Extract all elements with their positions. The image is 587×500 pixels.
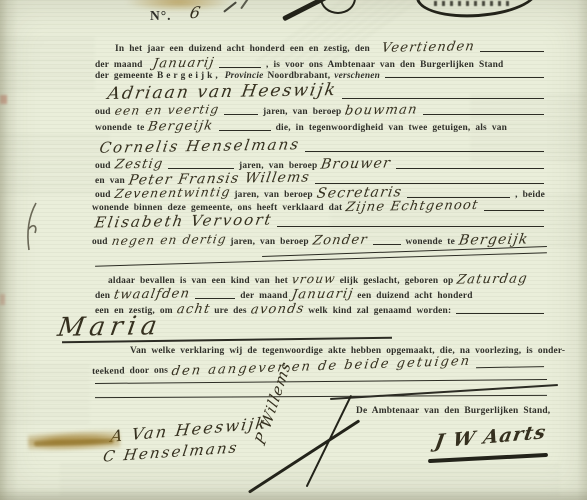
printed-text: teekend door ons — [92, 366, 168, 377]
witness1-age-line: oud Zestig jaren, van beroep Brouwer — [95, 156, 545, 172]
sepia-stain — [126, 0, 231, 11]
hw-witness1-name: Cornelis Henselmans — [98, 135, 301, 156]
closing-line-2: teekend door ons den aangever en de beid… — [92, 355, 545, 378]
printed-text: der maand — [95, 60, 143, 70]
printed-text: aldaar bevallen is van een kind van het — [108, 276, 288, 286]
bleedthrough-texture — [0, 38, 95, 93]
fill-line — [224, 114, 258, 115]
fill-line — [277, 226, 544, 227]
fill-line — [423, 114, 544, 115]
intro-line-year: In het jaar een duizend acht honderd een… — [115, 40, 545, 55]
printed-text: welk kind zal genaamd worden: — [308, 306, 451, 316]
official-title: De Ambtenaar van den Burgerlijken Stand, — [356, 406, 550, 416]
fill-line — [456, 313, 544, 314]
printed-text: der gemeente — [95, 71, 153, 81]
fill-line — [396, 168, 544, 169]
hw-weekday: Zaturdag — [456, 271, 529, 287]
mother-name-line: Elisabeth Vervoort — [95, 212, 545, 230]
fill-line — [484, 210, 544, 211]
printed-text: , is voor ons Ambtenaar van den Burgerli… — [266, 60, 503, 70]
printed-text: elijk geslacht, geboren op — [340, 276, 454, 286]
hw-declarant-name: Adriaan van Heeswijk — [106, 80, 339, 104]
edge-mark — [0, 95, 7, 104]
fill-line — [305, 151, 544, 152]
declarant-age-line: oud een en veertig jaren, van beroep bou… — [95, 103, 545, 118]
printed-text: In het jaar een duizend acht honderd een… — [115, 44, 370, 54]
edge-mark — [0, 294, 5, 305]
printed-text: een duizend acht honderd — [357, 291, 472, 301]
hw-declaration-day: Veertienden — [381, 39, 476, 56]
hw-declarant-residence: Bergeijk — [147, 118, 215, 134]
hw-mother-name: Elisabeth Vervoort — [93, 210, 274, 231]
printed-text: jaren, van beroep — [230, 237, 308, 247]
blank-rule — [95, 395, 547, 398]
hw-birth-daypart: avonds — [249, 302, 305, 318]
round-stamp-fragment — [320, 0, 356, 14]
hw-birth-month: Januarij — [290, 286, 354, 302]
fill-line — [373, 244, 401, 245]
pen-flourish — [223, 1, 237, 12]
signature-underline — [428, 453, 548, 463]
birth-certificate-scan: N°. 6 In het jaar een duizend acht honde… — [0, 0, 587, 500]
hw-mother-profession: Zonder — [312, 233, 369, 249]
declarant-residence-line: wonende te Bergeijk die, in tegenwoordig… — [95, 119, 545, 134]
pen-flourish — [240, 0, 250, 9]
printed-text: Van welke verklaring wij de tegenwoordig… — [130, 346, 565, 356]
fill-line — [168, 168, 234, 169]
margin-pen-mark — [20, 200, 46, 254]
birth-line-1: aldaar bevallen is van een kind van het … — [108, 272, 545, 287]
printed-text: die, in tegenwoordigheid van twee getuig… — [276, 123, 507, 133]
fill-line — [219, 67, 261, 68]
fill-line — [342, 98, 544, 99]
hw-declarant-age: een en veertig — [113, 102, 220, 118]
pen-flourish-line — [330, 384, 558, 400]
hw-declaration-month: Januarij — [151, 55, 215, 71]
hw-child-name: Maria — [55, 311, 163, 343]
printed-text: der maand — [240, 291, 288, 301]
intro-line-month: der maand Januarij , is voor ons Ambtena… — [95, 56, 545, 71]
mother-age-line: oud negen en dertig jaren, van beroep Zo… — [92, 232, 545, 248]
printed-text: oud — [92, 237, 108, 247]
bleedthrough-texture — [60, 465, 560, 500]
hw-birth-day: twaalfden — [113, 286, 192, 302]
act-number-label: N°. — [150, 8, 172, 24]
declarant-name-line: Adriaan van Heeswijk — [108, 82, 545, 102]
bleedthrough-texture — [0, 135, 110, 195]
printed-text: oud — [95, 161, 111, 171]
witness1-name-line: Cornelis Henselmans — [100, 137, 545, 155]
printed-text: den — [95, 291, 110, 301]
hw-birth-hour: acht — [176, 302, 212, 318]
fill-line — [195, 298, 235, 299]
birth-line-2: den twaalfden der maand Januarij een dui… — [95, 287, 545, 302]
signature-flourish — [306, 395, 353, 488]
oval-stamp-fragment — [415, 0, 540, 21]
hw-signers-clause: den aangever en de beide getuigen — [171, 354, 472, 379]
fill-line — [219, 130, 271, 131]
fill-line — [315, 183, 544, 184]
municipality-name: Bergeijk, — [157, 71, 221, 81]
closing-line-1: Van welke verklaring wij de tegenwoordig… — [130, 346, 545, 356]
printed-text: wonende te — [406, 237, 455, 247]
printed-text: Provincie — [225, 71, 264, 81]
fill-line — [476, 366, 544, 368]
sepia-ink-offset — [34, 439, 114, 447]
hw-gender: vrouw — [291, 272, 337, 287]
signature-official: J W Aarts — [433, 421, 548, 452]
act-number-value: 6 — [188, 3, 202, 22]
blank-rule — [95, 379, 547, 384]
fill-line — [480, 51, 544, 52]
hw-mother-age: negen en dertig — [110, 232, 227, 248]
printed-text: jaren, van beroep — [263, 107, 341, 117]
hw-declarant-profession: bouwman — [344, 102, 419, 118]
printed-text: oud — [95, 107, 111, 117]
fill-line — [385, 77, 544, 78]
printed-text: verschenen — [334, 71, 380, 81]
printed-text: ure des — [214, 306, 247, 316]
printed-text: wonende te — [95, 123, 144, 133]
bleedthrough-texture — [0, 365, 90, 425]
